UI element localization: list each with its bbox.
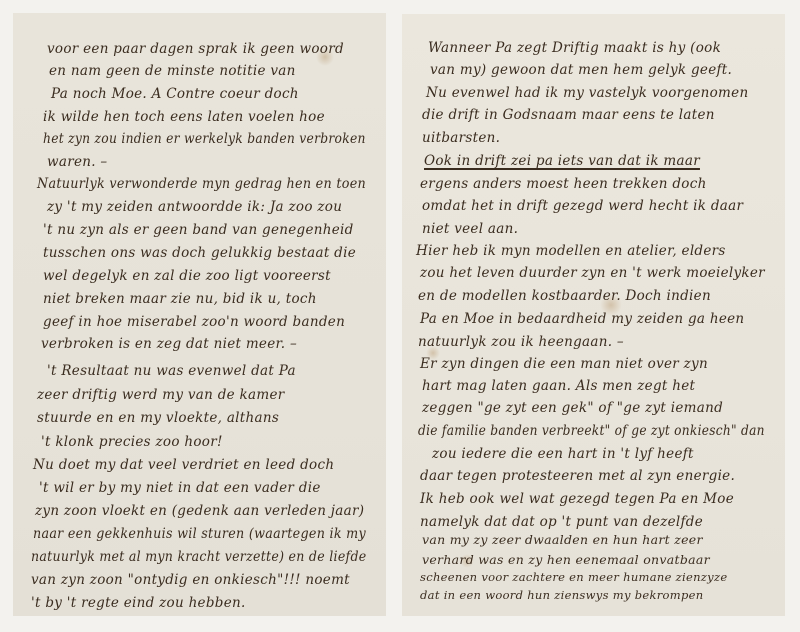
letter-line: ergens anders moest heen trekken doch [420, 176, 707, 192]
letter-line: stuurde en en my vloekte, althans [37, 410, 279, 426]
letter-line: zou iedere die een hart in 't lyf heeft [432, 446, 694, 462]
letter-line: voor een paar dagen sprak ik geen woord [47, 41, 344, 57]
letter-line: waren. – [47, 154, 107, 170]
letter-line: Hier heb ik myn modellen en atelier, eld… [416, 243, 726, 259]
letter-line: Pa noch Moe. A Contre coeur doch [51, 86, 299, 102]
letter-line: dat in een woord hun zienswys my bekromp… [420, 588, 703, 602]
letter-line: het zyn zou indien er werkelyk banden ve… [43, 131, 366, 147]
letter-line: 't Resultaat nu was evenwel dat Pa [47, 363, 296, 379]
letter-line: Pa en Moe in bedaardheid my zeiden ga he… [420, 311, 744, 327]
letter-line: wel degelyk en zal die zoo ligt vooreers… [43, 268, 331, 284]
letter-line: van my) gewoon dat men hem gelyk geeft. [430, 62, 732, 78]
letter-line: van my zy zeer dwaalden en hun hart zeer [422, 532, 703, 547]
letter-line: namelyk dat dat op 't punt van dezelfde [420, 514, 703, 530]
letter-line: niet veel aan. [422, 221, 518, 237]
letter-line: scheenen voor zachtere en meer humane zi… [420, 570, 727, 584]
letter-line: zy 't my zeiden antwoordde ik: Ja zoo zo… [47, 199, 342, 215]
letter-line: zeer driftig werd my van de kamer [37, 387, 285, 403]
letter-line: uitbarsten. [422, 130, 500, 146]
letter-line: 't wil er by my niet in dat een vader di… [39, 480, 321, 496]
right-page-text: Wanneer Pa zegt Driftig maakt is hy (ook… [402, 14, 785, 616]
letter-line: zou het leven duurder zyn en 't werk moe… [420, 265, 765, 281]
letter-line: hart mag laten gaan. Als men zegt het [422, 378, 695, 394]
letter-line: Natuurlyk verwonderde myn gedrag hen en … [37, 176, 366, 192]
letter-line: niet breken maar zie nu, bid ik u, toch [43, 291, 317, 307]
letter-line: Wanneer Pa zegt Driftig maakt is hy (ook [428, 40, 721, 56]
left-page-text: voor een paar dagen sprak ik geen woord … [13, 13, 386, 616]
letter-page-right: Wanneer Pa zegt Driftig maakt is hy (ook… [402, 14, 785, 616]
letter-line: van zyn zoon "ontydig en onkiesch"!!! no… [31, 572, 350, 588]
letter-line: tusschen ons was doch gelukkig bestaat d… [43, 245, 356, 261]
letter-line: Nu evenwel had ik my vastelyk voorgenome… [426, 85, 748, 101]
letter-line: Er zyn dingen die een man niet over zyn [420, 356, 708, 372]
letter-line: 't klonk precies zoo hoor! [41, 434, 223, 450]
letter-line: die drift in Godsnaam maar eens te laten [422, 107, 715, 123]
letter-line: Ook in drift zei pa iets van dat ik maar [424, 153, 700, 169]
letter-line: zyn zoon vloekt en (gedenk aan verleden … [35, 503, 364, 519]
letter-line: daar tegen protesteeren met al zyn energ… [420, 468, 735, 484]
letter-line: ik wilde hen toch eens laten voelen hoe [43, 109, 325, 125]
letter-line: 't nu zyn als er geen band van genegenhe… [43, 222, 354, 238]
letter-line: verbroken is en zeg dat niet meer. – [41, 336, 297, 352]
letter-line: natuurlyk zou ik heengaan. – [418, 334, 624, 350]
letter-line: die familie banden verbreekt" of ge zyt … [418, 423, 765, 439]
letter-line: omdat het in drift gezegd werd hecht ik … [422, 198, 743, 214]
letter-line: Ik heb ook wel wat gezegd tegen Pa en Mo… [420, 491, 734, 507]
letter-line: verhard was en zy hen eenemaal onvatbaar [422, 552, 710, 567]
letter-line: geef in hoe miserabel zoo'n woord banden [43, 314, 345, 330]
letter-page-left: voor een paar dagen sprak ik geen woord … [13, 13, 386, 616]
letter-line: en de modellen kostbaarder. Doch indien [418, 288, 711, 304]
letter-line: natuurlyk met al myn kracht verzette) en… [31, 549, 367, 565]
letter-line: en nam geen de minste notitie van [49, 63, 296, 79]
letter-line: naar een gekkenhuis wil sturen (waartege… [33, 526, 366, 542]
letter-line: 't by 't regte eind zou hebben. [31, 595, 246, 611]
letter-line: Nu doet my dat veel verdriet en leed doc… [33, 457, 334, 473]
letter-line: zeggen "ge zyt een gek" of "ge zyt ieman… [422, 400, 723, 416]
